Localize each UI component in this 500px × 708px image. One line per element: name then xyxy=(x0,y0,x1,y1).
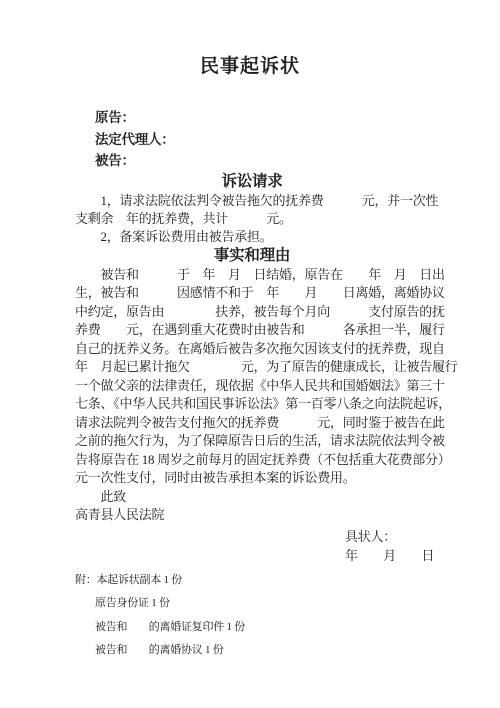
closing-salute: 此致 xyxy=(75,488,449,507)
party-label-line: 被告： xyxy=(95,150,449,172)
attachment-line: 被告和 的离婚证复印件 1 份 xyxy=(75,616,449,640)
party-label-line: 原告： xyxy=(95,107,449,129)
court-name: 高青县人民法院 xyxy=(75,506,449,525)
closing-block: 此致 高青县人民法院 xyxy=(75,488,449,525)
facts-line: 请求法院判令被告支付拖欠的抚养费 元，同时鉴于被告在此 xyxy=(75,414,449,433)
facts-line: 自己的抚养义务。在离婚后被告多次拖欠因该支付的抚养费，现自 xyxy=(75,340,449,359)
civil-complaint-document: 民事起诉状 原告：法定代理人：被告： 诉讼请求 1，请求法院依法判令被告拖欠的抚… xyxy=(0,0,500,708)
facts-line: 生，被告和 因感情不和于 年 月 日离婚，离婚协议 xyxy=(75,284,449,303)
facts-heading: 事实和理由 xyxy=(0,246,500,266)
facts-line: 告将原告在 18 周岁之前每月的固定抚养费（不包括重大花费部分） xyxy=(75,451,449,470)
signature-block: 具状人： 年 月 日 xyxy=(345,527,449,565)
attachments-list: 附：本起诉状副本 1 份原告身份证 1 份被告和 的离婚证复印件 1 份被告和 … xyxy=(75,569,449,663)
attachment-line: 原告身份证 1 份 xyxy=(75,592,449,616)
party-label-line: 法定代理人： xyxy=(95,129,449,151)
claims-line: 支剩余 年的抚养费，共计 元。 xyxy=(75,210,449,228)
claims-paragraph: 1，请求法院依法判令被告拖欠的抚养费 元，并一次性支剩余 年的抚养费，共计 元。… xyxy=(75,192,449,246)
signature-date-line: 年 月 日 xyxy=(345,546,449,565)
facts-line: 七条、《中华人民共和国民事诉讼法》第一百零八条之向法院起诉， xyxy=(75,395,449,414)
claims-line: 1，请求法院依法判令被告拖欠的抚养费 元，并一次性 xyxy=(75,192,449,210)
facts-line: 被告和 于 年 月 日结婚，原告在 年 月 日出 xyxy=(75,266,449,285)
facts-line: 养费 元，在遇到重大花费时由被告和 各承担一半，履行 xyxy=(75,321,449,340)
facts-line: 一个做父亲的法律责任，现依据《中华人民共和国婚姻法》第三十 xyxy=(75,377,449,396)
document-title: 民事起诉状 xyxy=(0,54,500,80)
claims-heading: 诉讼请求 xyxy=(0,172,500,192)
facts-line: 元一次性支付，同时由被告承担本案的诉讼费用。 xyxy=(75,469,449,488)
signer-label: 具状人： xyxy=(345,527,449,546)
claims-line: 2，备案诉讼费用由被告承担。 xyxy=(75,228,449,246)
facts-paragraph: 被告和 于 年 月 日结婚，原告在 年 月 日出生，被告和 因感情不和于 年 月… xyxy=(75,266,449,488)
facts-line: 之前的拖欠行为，为了保障原告日后的生活，请求法院依法判令被 xyxy=(75,432,449,451)
facts-line: 年 月起已累计拖欠 元，为了原告的健康成长，让被告履行 xyxy=(75,358,449,377)
attachment-line: 附：本起诉状副本 1 份 xyxy=(75,569,449,593)
document-body: 原告：法定代理人：被告： 诉讼请求 1，请求法院依法判令被告拖欠的抚养费 元，并… xyxy=(75,107,449,663)
party-labels: 原告：法定代理人：被告： xyxy=(75,107,449,172)
facts-line: 中约定，原告由 扶养，被告每个月向 支付原告的抚 xyxy=(75,303,449,322)
attachment-line: 被告和 的离婚协议 1 份 xyxy=(75,639,449,663)
